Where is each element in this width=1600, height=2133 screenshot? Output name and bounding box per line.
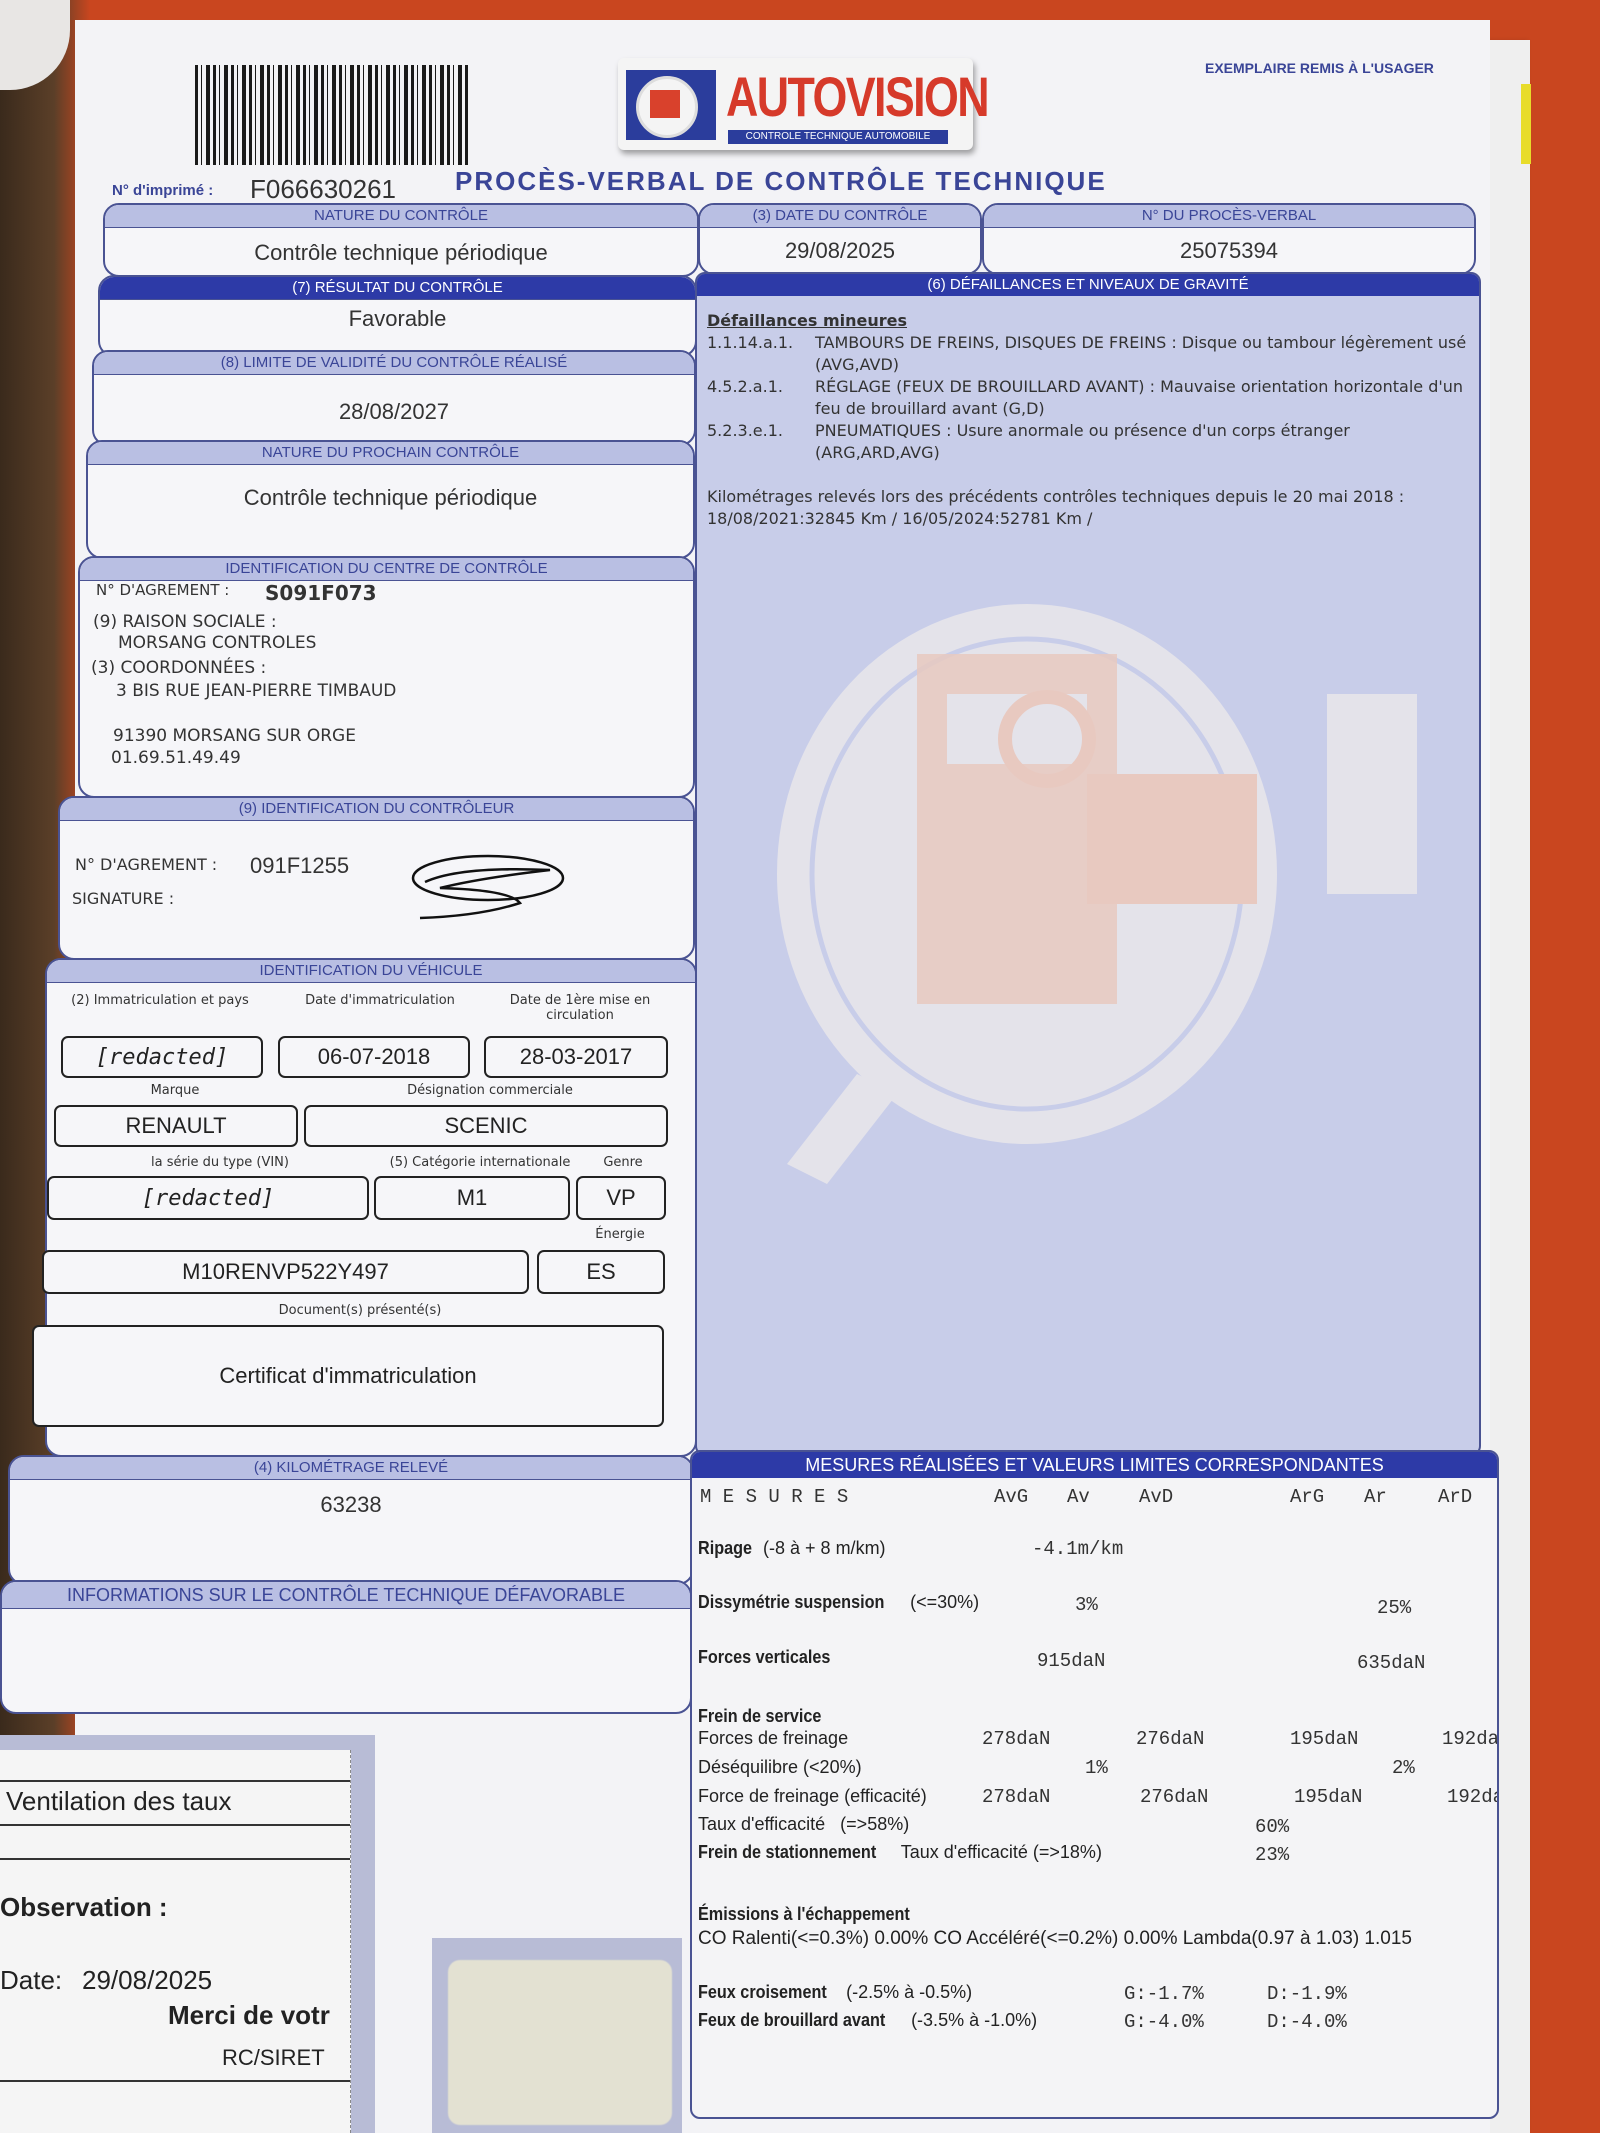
kilometrage-label: (4) KILOMÉTRAGE RELEVÉ: [10, 1457, 692, 1480]
feux-croisement-d: D:-1.9%: [1267, 1983, 1347, 2005]
vehicule-label: IDENTIFICATION DU VÉHICULE: [47, 960, 695, 983]
efficacite-arg: 195daN: [1294, 1786, 1362, 1808]
invoice-receipt: Ventilation des taux Observation : Date:…: [0, 1750, 351, 2133]
documents-label: Document(s) présenté(s): [210, 1303, 510, 1318]
efficacite-avg: 278daN: [982, 1786, 1050, 1808]
receipt-date: 29/08/2025: [82, 1965, 212, 1996]
watermark-logo-icon: [747, 574, 1467, 1194]
imprime-number: F066630261: [250, 174, 396, 205]
genre-field: VP: [576, 1176, 666, 1220]
receipt-date-label: Date:: [0, 1965, 62, 1996]
mesures-label: MESURES RÉALISÉES ET VALEURS LIMITES COR…: [692, 1452, 1497, 1478]
dissymetrie-av: 3%: [1075, 1594, 1098, 1616]
vin-value: [redacted]: [142, 1186, 274, 1211]
yellow-marker: [1521, 84, 1531, 164]
defaillance-item: 4.5.2.a.1. RÉGLAGE (FEUX DE BROUILLARD A…: [707, 376, 1469, 420]
forces-freinage-avd: 276daN: [1136, 1728, 1204, 1750]
feux-croisement-g: G:-1.7%: [1124, 1983, 1204, 2005]
defaillance-item: 5.2.3.e.1. PNEUMATIQUES : Usure anormale…: [707, 420, 1469, 464]
emissions-title: Émissions à l'échappement: [698, 1904, 933, 1925]
date-circ-field: 28-03-2017: [484, 1036, 668, 1078]
defaillances-label: (6) DÉFAILLANCES ET NIVEAUX DE GRAVITÉ: [697, 274, 1479, 296]
date-immat-field: 06-07-2018: [278, 1036, 470, 1078]
resultat-box: (7) RÉSULTAT DU CONTRÔLE Favorable: [98, 275, 697, 357]
autovision-logo: AUTOVISION CONTROLE TECHNIQUE AUTOMOBILE: [618, 58, 973, 150]
feux-brouillard-d: D:-4.0%: [1267, 2011, 1347, 2033]
numero-pv-box: N° DU PROCÈS-VERBAL 25075394: [982, 203, 1476, 275]
forces-freinage-arg: 195daN: [1290, 1728, 1358, 1750]
nature-controle-label: NATURE DU CONTRÔLE: [105, 205, 697, 228]
defavorable-label: INFORMATIONS SUR LE CONTRÔLE TECHNIQUE D…: [2, 1582, 690, 1609]
feux-brouillard-row: Feux de brouillard avant (-3.5% à -1.0%): [698, 2010, 1037, 2031]
col-arg: ArG: [1290, 1486, 1324, 1508]
designation-field: SCENIC: [304, 1105, 668, 1147]
observation-label: Observation :: [0, 1892, 168, 1923]
defaillance-item: 1.1.14.a.1. TAMBOURS DE FREINS, DISQUES …: [707, 332, 1469, 376]
city-line: 91390 MORSANG SUR ORGE: [113, 726, 356, 746]
defaillances-panel: (6) DÉFAILLANCES ET NIVEAUX DE GRAVITÉ D…: [695, 272, 1481, 1456]
type-field: M10RENVP522Y497: [42, 1250, 529, 1294]
imprime-label: N° d'imprimé :: [112, 182, 213, 199]
nature-controle-value: Contrôle technique périodique: [105, 228, 697, 266]
taux-efficacite-value: 60%: [1255, 1816, 1289, 1838]
validite-value: 28/08/2027: [94, 375, 694, 425]
brand-subtitle: CONTROLE TECHNIQUE AUTOMOBILE: [728, 130, 948, 144]
frein-service-title: Frein de service: [698, 1706, 835, 1727]
col-mesures: M E S U R E S: [700, 1486, 848, 1508]
forces-verticales-ar: 635daN: [1357, 1652, 1425, 1674]
vin-label: la série du type (VIN): [80, 1155, 360, 1170]
col-ard: ArD: [1438, 1486, 1472, 1508]
ripage-value: -4.1m/km: [1032, 1538, 1123, 1560]
immat-label: (2) Immatriculation et pays: [70, 993, 250, 1008]
col-ar: Ar: [1364, 1486, 1387, 1508]
controleur-agrement-label: N° D'AGREMENT :: [75, 855, 217, 874]
nature-controle-box: NATURE DU CONTRÔLE Contrôle technique pé…: [103, 203, 699, 277]
prochain-controle-value: Contrôle technique périodique: [88, 465, 693, 511]
signature-label: SIGNATURE :: [72, 889, 174, 908]
col-avg: AvG: [994, 1486, 1028, 1508]
magnifier-car-icon: [626, 70, 716, 140]
vin-field: [redacted]: [47, 1176, 369, 1220]
km-history-title: Kilométrages relevés lors des précédents…: [707, 486, 1469, 508]
energie-field: ES: [537, 1250, 665, 1294]
merci-text: Merci de votr: [168, 2000, 330, 2031]
mesures-panel: MESURES RÉALISÉES ET VALEURS LIMITES COR…: [690, 1450, 1499, 2119]
km-history: 18/08/2021:32845 Km / 16/05/2024:52781 K…: [707, 508, 1469, 530]
frein-stationnement-row: Frein de stationnement Taux d'efficacité…: [698, 1842, 1102, 1863]
date-circ-label: Date de 1ère mise en circulation: [495, 993, 665, 1023]
numero-pv-label: N° DU PROCÈS-VERBAL: [984, 205, 1474, 228]
kilometrage-box: (4) KILOMÉTRAGE RELEVÉ 63238: [8, 1455, 694, 1585]
col-av: Av: [1067, 1486, 1090, 1508]
efficacite-label: Force de freinage (efficacité): [698, 1786, 927, 1807]
forces-freinage-ard: 192daN: [1442, 1728, 1499, 1750]
barcode: [195, 65, 470, 165]
resultat-value: Favorable: [100, 300, 695, 332]
controleur-box: (9) IDENTIFICATION DU CONTRÔLEUR: [58, 796, 695, 960]
brand-name: AUTOVISION: [726, 64, 988, 129]
signature-icon: [400, 848, 580, 928]
desequilibre-ar: 2%: [1392, 1757, 1415, 1779]
frein-stationnement-value: 23%: [1255, 1844, 1289, 1866]
controleur-agrement-value: 091F1255: [250, 853, 349, 879]
genre-label: Genre: [578, 1155, 668, 1170]
numero-pv-value: 25075394: [984, 228, 1474, 264]
validite-label: (8) LIMITE DE VALIDITÉ DU CONTRÔLE RÉALI…: [94, 352, 694, 375]
raison-sociale-value: MORSANG CONTROLES: [118, 633, 316, 653]
forces-freinage-label: Forces de freinage: [698, 1728, 848, 1749]
address-line: 3 BIS RUE JEAN-PIERRE TIMBAUD: [116, 681, 396, 701]
taux-efficacite-label: Taux d'efficacité (=>58%): [698, 1814, 909, 1835]
documents-field: Certificat d'immatriculation: [32, 1325, 664, 1427]
defaillances-section-title: Défaillances mineures: [707, 310, 1469, 332]
energie-label: Énergie: [575, 1227, 665, 1242]
controleur-label: (9) IDENTIFICATION DU CONTRÔLEUR: [60, 798, 693, 821]
immat-field: [redacted]: [61, 1036, 263, 1078]
col-avd: AvD: [1139, 1486, 1173, 1508]
prochain-controle-label: NATURE DU PROCHAIN CONTRÔLE: [88, 442, 693, 465]
desequilibre-av: 1%: [1085, 1757, 1108, 1779]
date-controle-value: 29/08/2025: [700, 228, 980, 264]
resultat-label: (7) RÉSULTAT DU CONTRÔLE: [100, 277, 695, 300]
feux-brouillard-g: G:-4.0%: [1124, 2011, 1204, 2033]
categorie-field: M1: [374, 1176, 570, 1220]
date-controle-label: (3) DATE DU CONTRÔLE: [700, 205, 980, 228]
categorie-label: (5) Catégorie internationale: [380, 1155, 580, 1170]
ripage-row: Ripage (-8 à + 8 m/km): [698, 1538, 886, 1559]
feux-croisement-row: Feux croisement (-2.5% à -0.5%): [698, 1982, 972, 2003]
designation-label: Désignation commerciale: [330, 1083, 650, 1098]
centre-agrement-label: N° D'AGREMENT :: [96, 581, 229, 599]
desequilibre-label: Déséquilibre (<20%): [698, 1757, 862, 1778]
dissymetrie-row: Dissymétrie suspension (<=30%): [698, 1592, 979, 1613]
defavorable-box: INFORMATIONS SUR LE CONTRÔLE TECHNIQUE D…: [0, 1580, 692, 1714]
efficacite-avd: 276daN: [1140, 1786, 1208, 1808]
forces-freinage-avg: 278daN: [982, 1728, 1050, 1750]
ventilation-label: Ventilation des taux: [6, 1786, 232, 1817]
emissions-values: CO Ralenti(<=0.3%) 0.00% CO Accéléré(<=0…: [698, 1928, 1412, 1950]
kilometrage-value: 63238: [10, 1480, 692, 1518]
date-controle-box: (3) DATE DU CONTRÔLE 29/08/2025: [698, 203, 982, 275]
envelope-window: [448, 1960, 672, 2125]
raison-sociale-label: (9) RAISON SOCIALE :: [93, 612, 277, 632]
immat-value: [redacted]: [96, 1045, 228, 1070]
siret-label: RC/SIRET: [222, 2045, 325, 2071]
forces-verticales-row: Forces verticales: [698, 1647, 845, 1668]
centre-agrement-value: S091F073: [265, 581, 377, 605]
validite-box: (8) LIMITE DE VALIDITÉ DU CONTRÔLE RÉALI…: [92, 350, 696, 446]
marque-field: RENAULT: [54, 1105, 298, 1147]
dissymetrie-ar: 25%: [1377, 1597, 1411, 1619]
marque-label: Marque: [95, 1083, 255, 1098]
date-immat-label: Date d'immatriculation: [280, 993, 480, 1008]
document-title: PROCÈS-VERBAL DE CONTRÔLE TECHNIQUE: [455, 166, 1107, 197]
coordonnees-label: (3) COORDONNÉES :: [91, 658, 266, 678]
forces-verticales-av: 915daN: [1037, 1650, 1105, 1672]
prochain-controle-box: NATURE DU PROCHAIN CONTRÔLE Contrôle tec…: [86, 440, 695, 559]
efficacite-ard: 192daN: [1447, 1786, 1499, 1808]
exemplaire-label: EXEMPLAIRE REMIS À L'USAGER: [1205, 60, 1434, 76]
phone-line: 01.69.51.49.49: [111, 748, 241, 768]
centre-label: IDENTIFICATION DU CENTRE DE CONTRÔLE: [80, 558, 693, 581]
